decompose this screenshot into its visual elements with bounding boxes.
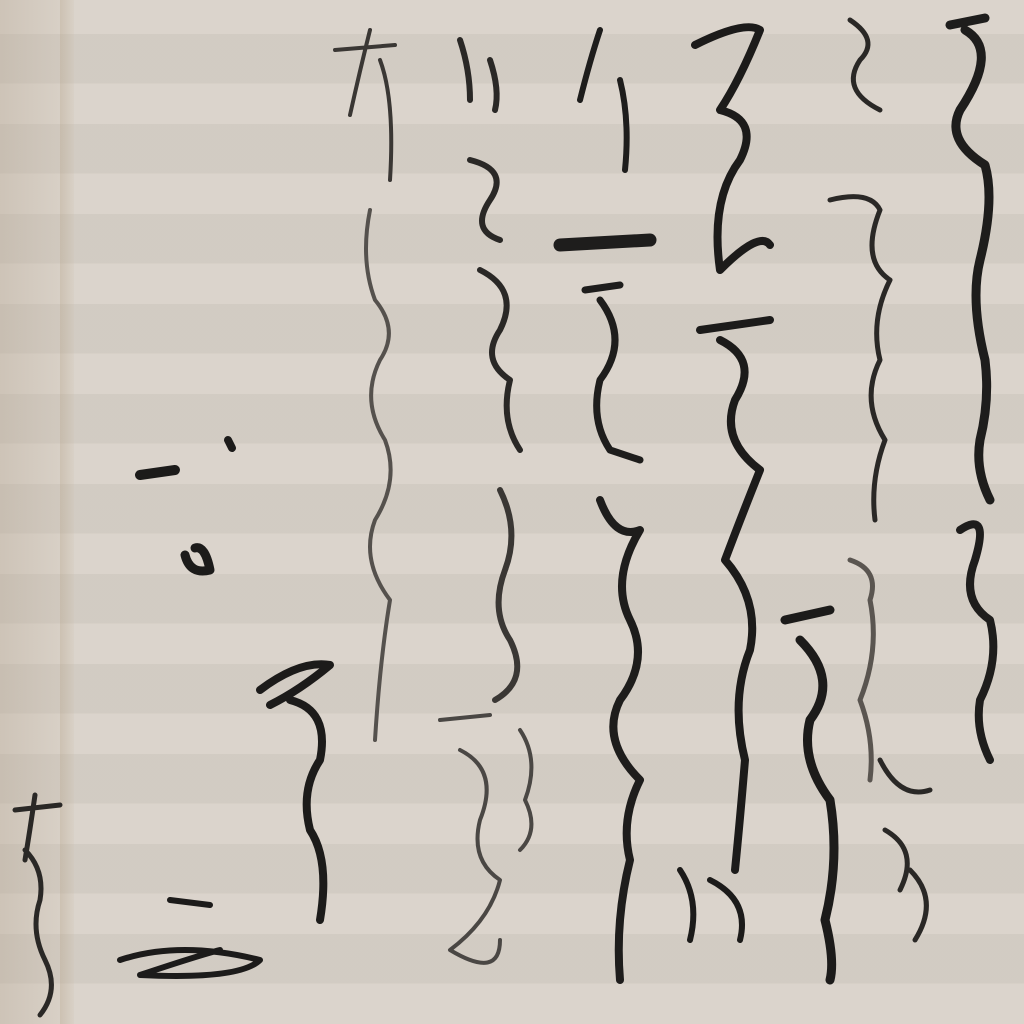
- column-3: [680, 27, 834, 980]
- calligraphy-strokes: [0, 0, 1024, 1024]
- column-5: [440, 40, 531, 963]
- signature-name: [15, 795, 60, 1015]
- calligraphy-sheet: Japanese cursive (sōsho) calligraphy let…: [0, 0, 1024, 1024]
- column-4: [560, 30, 650, 980]
- column-6: [335, 30, 395, 740]
- column-1-rightmost: [950, 18, 993, 760]
- column-7-signature-block: [120, 440, 330, 976]
- column-2: [830, 20, 930, 940]
